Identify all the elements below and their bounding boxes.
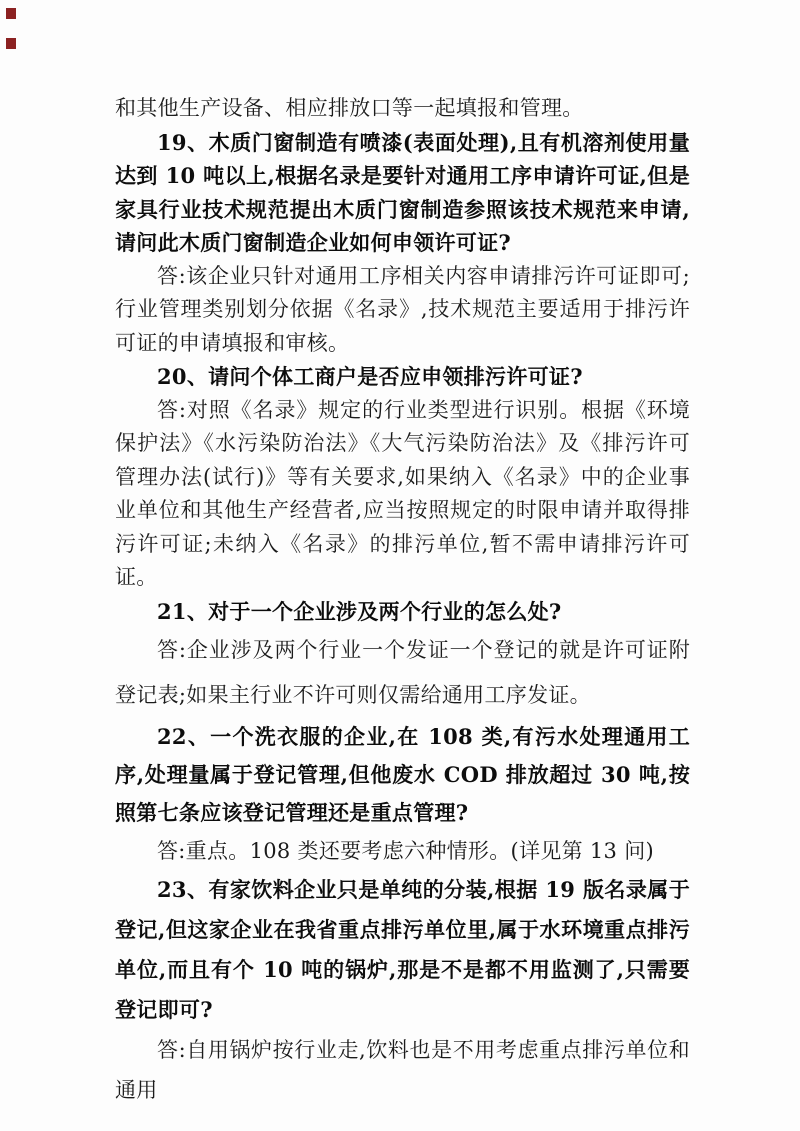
question-19: 19、木质门窗制造有喷漆(表面处理),且有机溶剂使用量达到 10 吨以上,根据名…	[115, 126, 690, 260]
document-body: 和其他生产设备、相应排放口等一起填报和管理。 19、木质门窗制造有喷漆(表面处理…	[115, 92, 690, 1110]
answer-22: 答:重点。108 类还要考虑六种情形。(详见第 13 问)	[115, 832, 690, 870]
question-23: 23、有家饮料企业只是单纯的分装,根据 19 版名录属于登记,但这家企业在我省重…	[115, 870, 690, 1030]
question-21: 21、对于一个企业涉及两个行业的怎么处?	[115, 595, 690, 629]
answer-20: 答:对照《名录》规定的行业类型进行识别。根据《环境保护法》《水污染防治法》《大气…	[115, 394, 690, 595]
document-page: 和其他生产设备、相应排放口等一起填报和管理。 19、木质门窗制造有喷漆(表面处理…	[0, 0, 800, 1131]
answer-18-continuation: 和其他生产设备、相应排放口等一起填报和管理。	[115, 92, 690, 126]
answer-21: 答:企业涉及两个行业一个发证一个登记的就是许可证附登记表;如果主行业不许可则仅需…	[115, 628, 690, 718]
answer-23: 答:自用锅炉按行业走,饮料也是不用考虑重点排污单位和通用	[115, 1030, 690, 1110]
answer-19: 答:该企业只针对通用工序相关内容申请排污许可证即可;行业管理类别划分依据《名录》…	[115, 260, 690, 361]
question-20: 20、请问个体工商户是否应申领排污许可证?	[115, 360, 690, 394]
question-22: 22、一个洗衣服的企业,在 108 类,有污水处理通用工序,处理量属于登记管理,…	[115, 718, 690, 832]
corner-mark-icon	[6, 38, 16, 49]
corner-mark-icon	[6, 8, 16, 19]
